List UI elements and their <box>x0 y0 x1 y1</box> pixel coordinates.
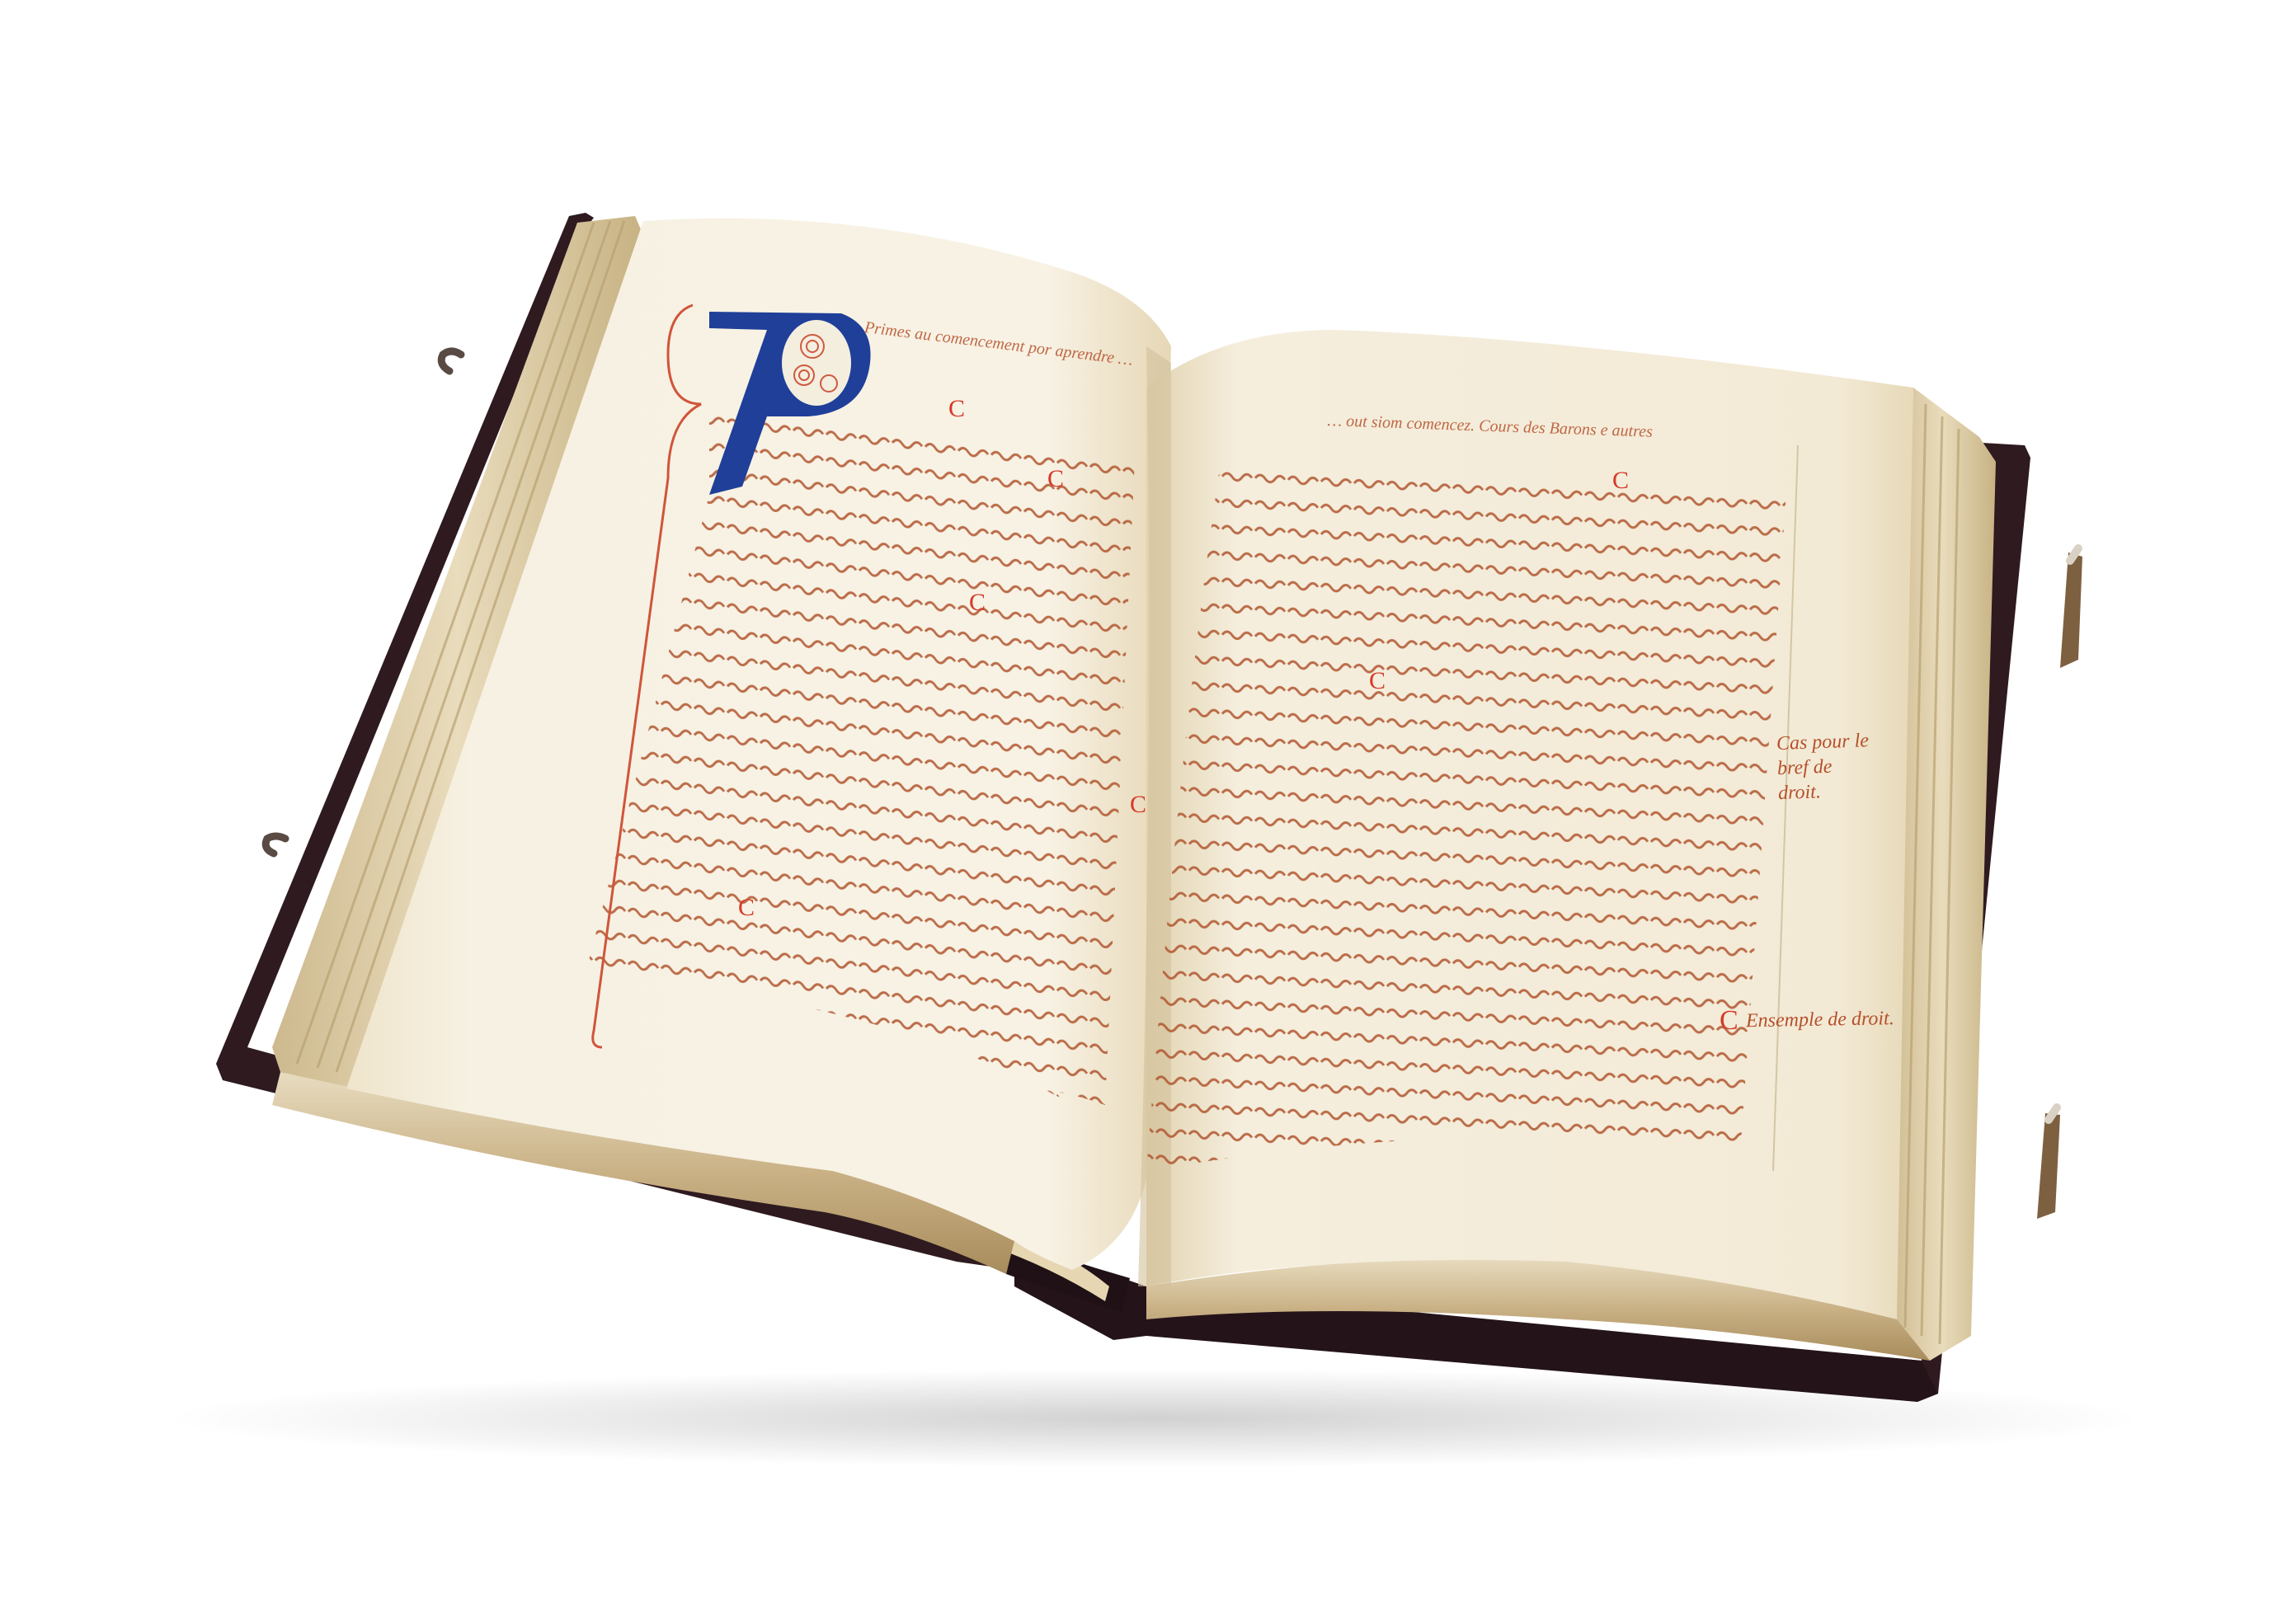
svg-text:C: C <box>1369 667 1386 694</box>
clasp-right-bottom <box>2037 1107 2060 1219</box>
clasp-left-top <box>441 351 461 371</box>
svg-text:C: C <box>738 894 755 921</box>
margin-note-1: Cas pour le bref de droit. <box>1776 728 1877 806</box>
svg-text:C: C <box>969 589 986 616</box>
margin-note-2: Ensemple de droit. <box>1720 1006 1894 1034</box>
svg-text:C: C <box>948 395 965 422</box>
svg-text:C: C <box>1047 465 1064 492</box>
svg-text:C: C <box>1130 791 1146 818</box>
manuscript-photo: C C C C C C C C <box>0 0 2296 1608</box>
svg-text:C: C <box>1612 467 1629 494</box>
clasp-right-top <box>2060 548 2082 668</box>
clasp-left-bottom <box>266 836 285 853</box>
